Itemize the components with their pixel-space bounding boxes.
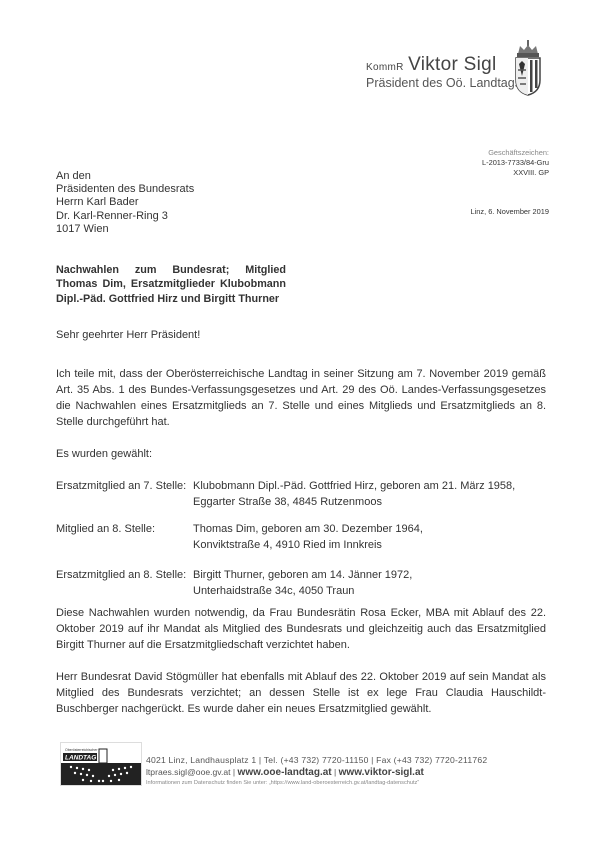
recipient-address: An den Präsidenten des Bundesrats Herrn … (56, 170, 194, 236)
elected-line1: Birgitt Thurner, geboren am 14. Jänner 1… (193, 567, 412, 583)
landtag-logo: Oberösterreichischer LANDTAG (60, 742, 142, 786)
elected-label: Ersatzmitglied an 8. Stelle: (56, 567, 196, 583)
elected-line2: Konviktstraße 4, 4910 Ried im Innkreis (193, 537, 382, 553)
letterhead-name: KommR Viktor Sigl (366, 54, 497, 76)
footer-sigl-link[interactable]: www.viktor-sigl.at (339, 767, 424, 778)
elected-line1: Klubobmann Dipl.-Päd. Gottfried Hirz, ge… (193, 478, 515, 494)
footer-separator: | (332, 767, 339, 777)
footer-privacy-note: Informationen zum Datenschutz finden Sie… (146, 780, 487, 786)
elected-line1: Thomas Dim, geboren am 30. Dezember 1964… (193, 521, 423, 537)
letterhead-title: Präsident des Oö. Landtags (366, 76, 521, 90)
reference-number: L-2013-7733/84-Gru (482, 158, 549, 168)
elected-label: Mitglied an 8. Stelle: (56, 521, 196, 537)
landtag-logo-icon: Oberösterreichischer LANDTAG (61, 743, 141, 785)
salutation: Sehr geehrter Herr Präsident! (56, 329, 200, 341)
address-line: Herrn Karl Bader (56, 196, 194, 209)
address-line: Dr. Karl-Renner-Ring 3 (56, 210, 194, 223)
address-line: 1017 Wien (56, 223, 194, 236)
coat-of-arms-icon (512, 40, 544, 96)
footer-address-line: 4021 Linz, Landhausplatz 1 | Tel. (+43 7… (146, 755, 487, 765)
body-paragraph-1: Ich teile mit, dass der Oberösterreichis… (56, 366, 546, 430)
reference-block: Geschäftszeichen: L-2013-7733/84-Gru XXV… (482, 148, 549, 178)
body-paragraph-4: Herr Bundesrat David Stögmüller hat eben… (56, 669, 546, 717)
reference-label: Geschäftszeichen: (482, 148, 549, 158)
elected-label: Ersatzmitglied an 7. Stelle: (56, 478, 196, 494)
address-line: Präsidenten des Bundesrats (56, 183, 194, 196)
elected-line2: Unterhaidstraße 34c, 4050 Traun (193, 583, 354, 599)
reference-period: XXVIII. GP (482, 168, 549, 178)
letter-date: Linz, 6. November 2019 (471, 207, 549, 216)
footer-web-line: ltpraes.sigl@ooe.gv.at | www.ooe-landtag… (146, 767, 487, 778)
letterhead-main-name: Viktor Sigl (408, 54, 497, 75)
body-paragraph-3: Diese Nachwahlen wurden notwendig, da Fr… (56, 605, 546, 653)
body-paragraph-2: Es wurden gewählt: (56, 446, 546, 462)
subject-line: Nachwahlen zum Bundesrat; Mitglied Thoma… (56, 263, 286, 306)
logo-text: LANDTAG (65, 755, 96, 762)
logo-small-text: Oberösterreichischer (65, 748, 98, 752)
address-line: An den (56, 170, 194, 183)
footer-email-link[interactable]: ltpraes.sigl@ooe.gv.at (146, 767, 231, 777)
elected-line2: Eggarter Straße 38, 4845 Rutzenmoos (193, 494, 382, 510)
footer-separator: | (231, 767, 238, 777)
footer-landtag-link[interactable]: www.ooe-landtag.at (238, 767, 332, 778)
footer-contact: 4021 Linz, Landhausplatz 1 | Tel. (+43 7… (146, 755, 487, 786)
letterhead-prefix: KommR (366, 62, 404, 73)
